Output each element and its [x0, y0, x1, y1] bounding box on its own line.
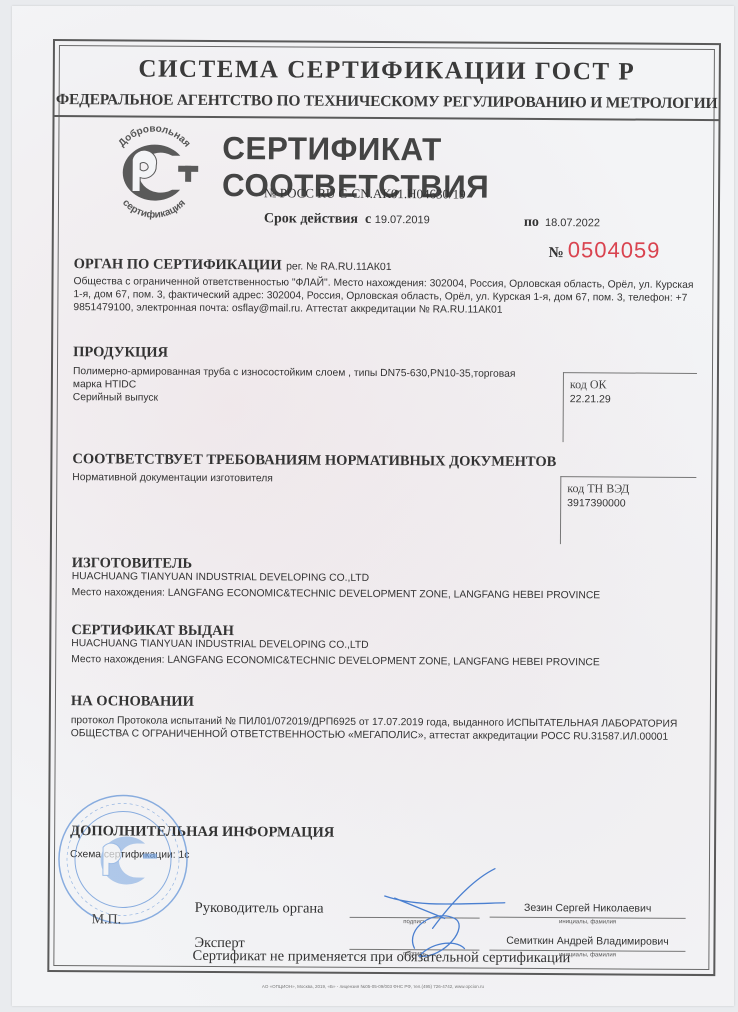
validity-label: Срок действия	[264, 211, 358, 227]
manufacturer-name: HUACHUANG TIANYUAN INDUSTRIAL DEVELOPING…	[72, 570, 698, 587]
ok-code-label: код ОК	[570, 377, 697, 393]
rst-logo-icon: Добровольная сертификация	[102, 119, 207, 224]
tnved-code-box: код ТН ВЭД 3917390000	[560, 476, 696, 545]
ok-code-value: 22.21.29	[570, 393, 697, 406]
tnved-code-label: код ТН ВЭД	[567, 481, 696, 497]
head-name: Зезин Сергей Николаевич	[490, 902, 686, 915]
certification-body-reg: рег. № RA.RU.11АК01	[286, 260, 392, 273]
certification-body-text: Общества с ограниченной ответственностью…	[73, 275, 699, 318]
to-label: по	[524, 215, 539, 230]
manufacturer-section: ИЗГОТОВИТЕЛЬ HUACHUANG TIANYUAN INDUSTRI…	[72, 556, 698, 603]
basis-section: НА ОСНОВАНИИ протокол Протокола испытани…	[71, 693, 691, 744]
head-of-body-label: Руководитель органа	[195, 900, 324, 918]
system-title: СИСТЕМА СЕРТИФИКАЦИИ ГОСТ Р	[55, 55, 719, 87]
conformity-title: СООТВЕТСТВУЕТ ТРЕБОВАНИЯМ НОРМАТИВНЫХ ДО…	[72, 451, 562, 471]
validity-to: по18.07.2022	[524, 215, 600, 231]
number-label: №	[264, 185, 276, 200]
validity-from: Срок действия с 19.07.2019	[264, 211, 430, 228]
svg-text:сертификация: сертификация	[120, 197, 188, 221]
certification-body-section: ОРГАН ПО СЕРТИФИКАЦИИ рег. № RA.RU.11АК0…	[73, 255, 699, 318]
product-section: ПРОДУКЦИЯ Полимерно-армированная труба с…	[73, 344, 553, 407]
valid-from-date: 19.07.2019	[375, 214, 430, 226]
valid-to-date: 18.07.2022	[545, 217, 600, 229]
from-label: с	[365, 212, 371, 227]
logo-bottom-text: сертификация	[120, 197, 188, 221]
product-title: ПРОДУКЦИЯ	[73, 344, 553, 364]
expert-name: Семиткин Андрей Владимирович	[489, 935, 685, 948]
issued-to-section: СЕРТИФИКАТ ВЫДАН HUACHUANG TIANYUAN INDU…	[71, 623, 697, 670]
stamp-placeholder-label: М.П.	[92, 912, 122, 928]
seal-stamp-icon	[55, 791, 192, 928]
head-name-caption: инициалы, фамилия	[490, 919, 686, 926]
number-value: РОСС RU C-CN.АК01.Н04630/19	[280, 185, 466, 201]
basis-title: НА ОСНОВАНИИ	[71, 693, 691, 714]
conformity-section: СООТВЕТСТВУЕТ ТРЕБОВАНИЯМ НОРМАТИВНЫХ ДО…	[72, 451, 562, 487]
basis-text: протокол Протокола испытаний № ПИЛ01/072…	[71, 714, 691, 744]
certificate-frame: СИСТЕМА СЕРТИФИКАЦИИ ГОСТ Р ФЕДЕРАЛЬНОЕ …	[47, 39, 721, 976]
issued-to-name: HUACHUANG TIANYUAN INDUSTRIAL DEVELOPING…	[71, 637, 697, 654]
tnved-code-value: 3917390000	[567, 497, 696, 510]
printer-imprint: АО «ОПЦИОН», Москва, 2019, «Б» - лицензи…	[12, 984, 734, 989]
ok-code-box: код ОК 22.21.29	[563, 372, 697, 443]
certificate-sheet: СИСТЕМА СЕРТИФИКАЦИИ ГОСТ Р ФЕДЕРАЛЬНОЕ …	[12, 6, 734, 1006]
certification-body-title: ОРГАН ПО СЕРТИФИКАЦИИ	[74, 256, 282, 273]
certificate-number: № РОСС RU C-CN.АК01.Н04630/19	[264, 185, 466, 202]
